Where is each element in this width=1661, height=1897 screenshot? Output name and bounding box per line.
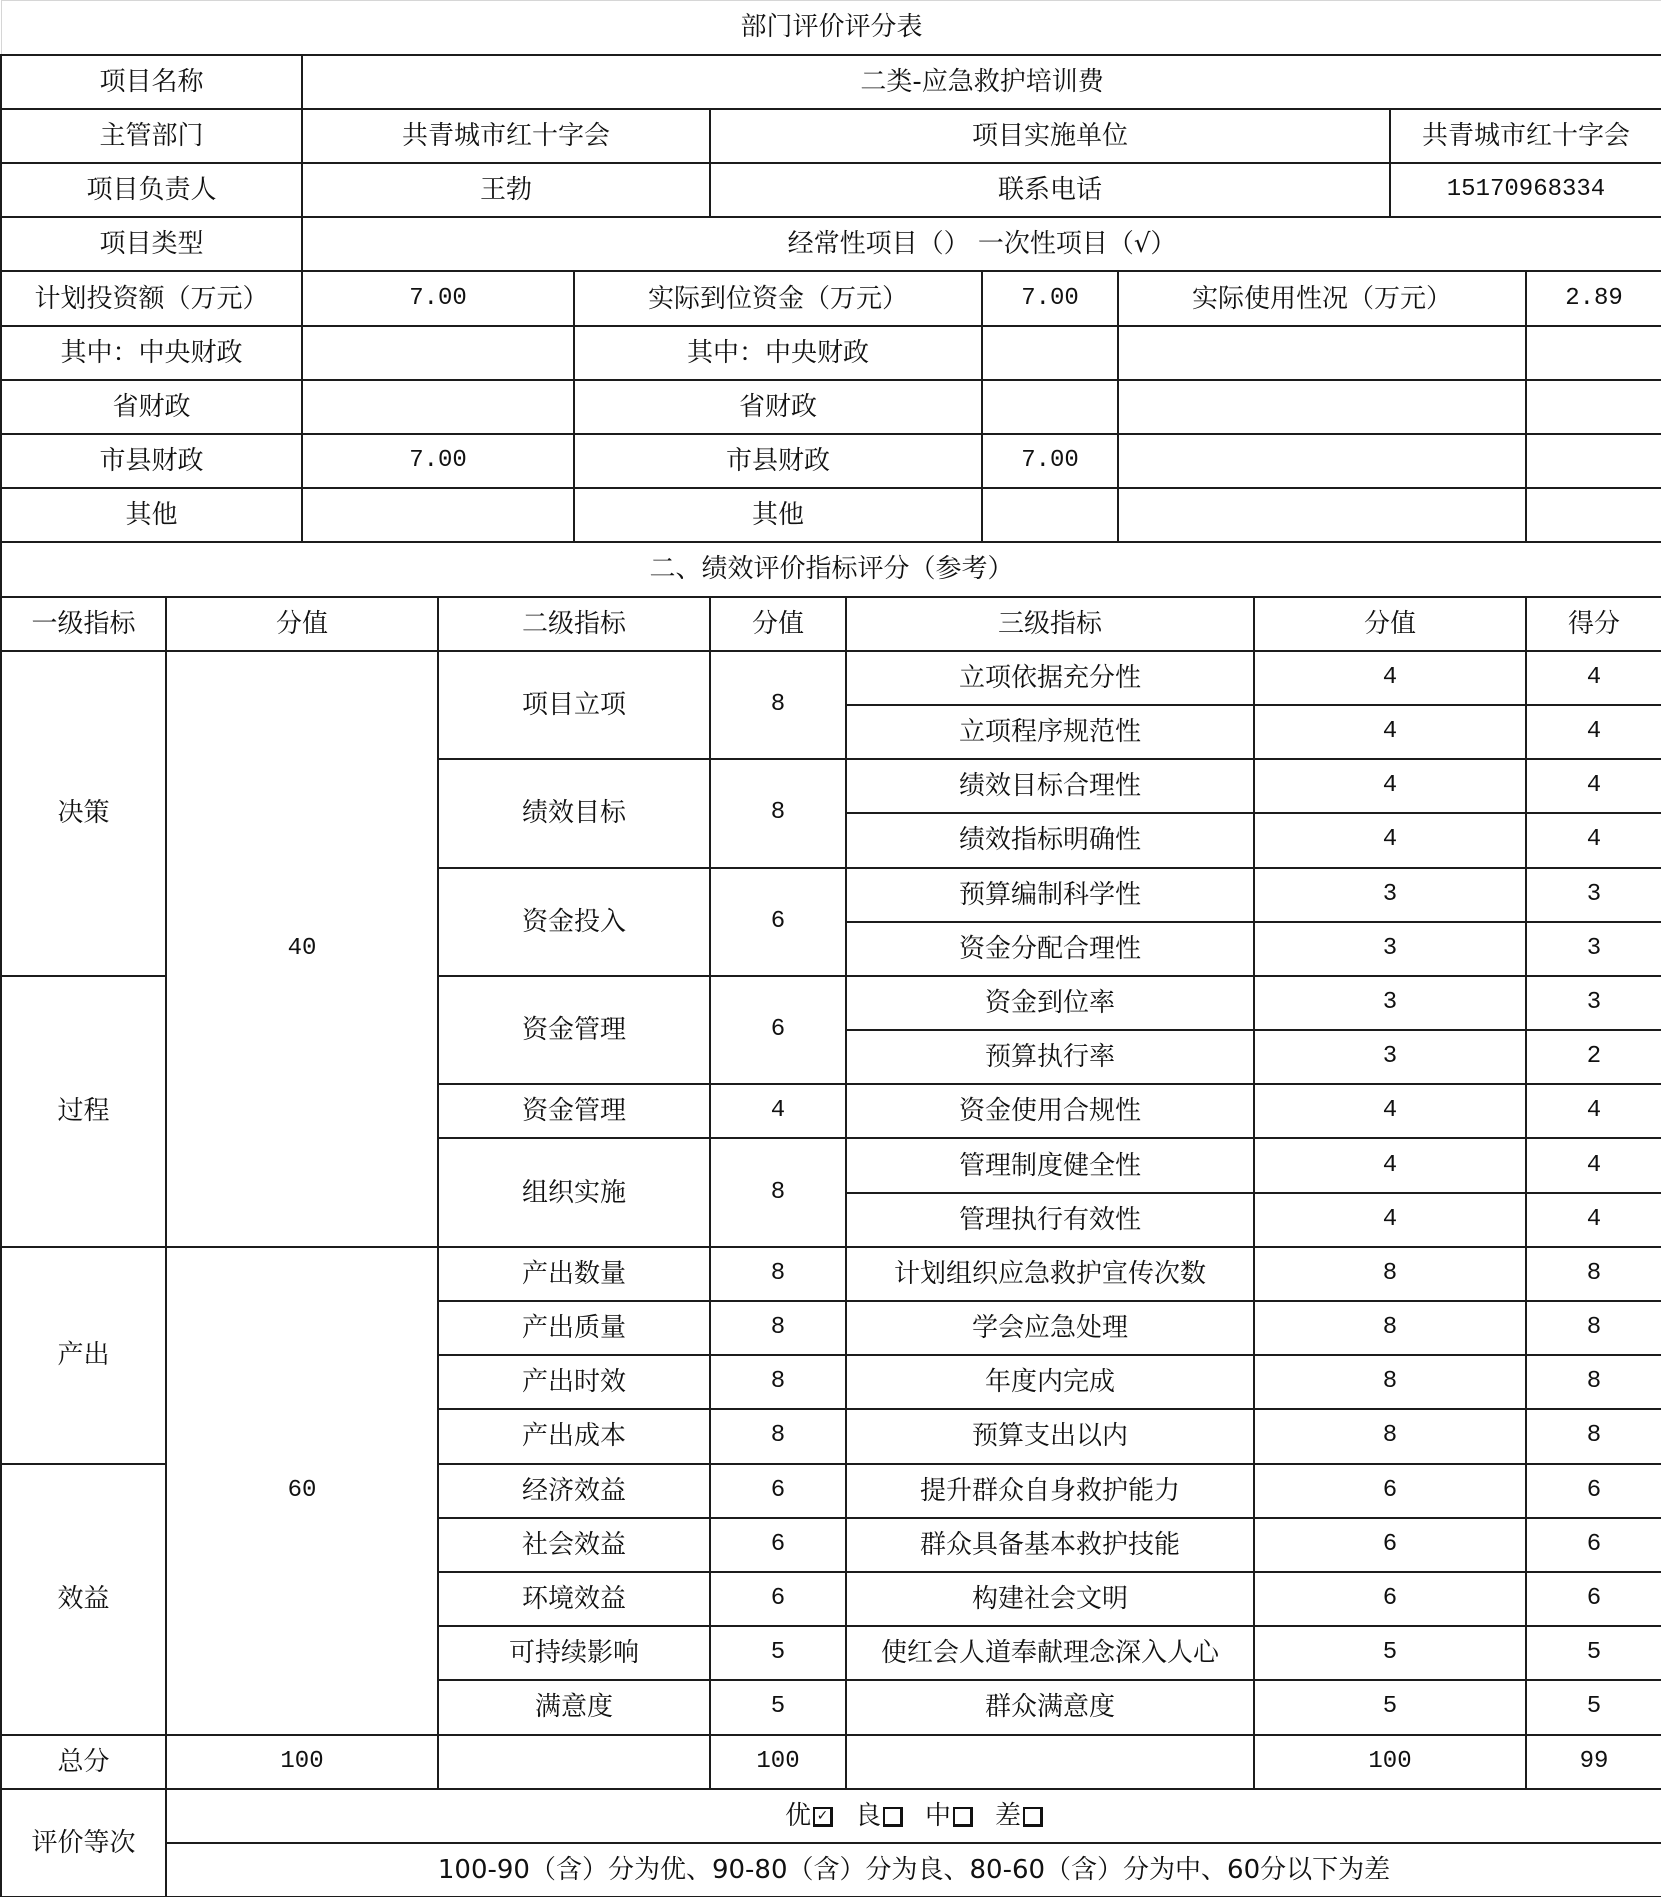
level2-score: 8 [710, 1247, 846, 1301]
level3-indicator: 预算支出以内 [846, 1409, 1254, 1463]
used-source-value [1526, 380, 1661, 434]
level3-indicator: 学会应急处理 [846, 1301, 1254, 1355]
project-name-row: 项目名称 二类-应急救护培训费 [1, 55, 1661, 109]
got-score: 3 [1526, 976, 1661, 1030]
got-score: 8 [1526, 1247, 1661, 1301]
checkbox-empty-icon [953, 1807, 973, 1827]
received-source-label: 其中：中央财政 [574, 326, 982, 380]
got-score: 4 [1526, 1138, 1661, 1192]
department-label: 主管部门 [1, 109, 302, 163]
got-score: 4 [1526, 1084, 1661, 1138]
level3-score: 4 [1254, 1193, 1526, 1247]
grade-rule: 100-90（含）分为优、90-80（含）分为良、80-60（含）分为中、60分… [166, 1843, 1661, 1897]
level2-score: 6 [710, 976, 846, 1084]
level3-indicator: 预算编制科学性 [846, 868, 1254, 922]
level2-indicator: 满意度 [438, 1680, 710, 1734]
received-source-label: 其他 [574, 488, 982, 542]
indicator-row: 产出 60 产出数量 8 计划组织应急救护宣传次数 8 8 [1, 1247, 1661, 1301]
checkbox-checked-icon: ✓ [813, 1807, 833, 1827]
level3-score: 6 [1254, 1464, 1526, 1518]
level2-score: 6 [710, 868, 846, 976]
level3-indicator: 绩效指标明确性 [846, 813, 1254, 867]
funding-breakdown-row: 其中：中央财政 其中：中央财政 [1, 326, 1661, 380]
used-source-value [1526, 488, 1661, 542]
total-level3-name [846, 1735, 1254, 1789]
level1-indicator: 过程 [1, 976, 166, 1247]
level2-indicator: 资金管理 [438, 1084, 710, 1138]
planned-investment-value: 7.00 [302, 271, 574, 325]
project-type-label: 项目类型 [1, 217, 302, 271]
level2-indicator: 项目立项 [438, 651, 710, 759]
got-score: 5 [1526, 1680, 1661, 1734]
header-level3-score: 分值 [1254, 597, 1526, 651]
got-score: 8 [1526, 1301, 1661, 1355]
header-level1-score: 分值 [166, 597, 438, 651]
level3-indicator: 构建社会文明 [846, 1572, 1254, 1626]
planned-source-value [302, 488, 574, 542]
used-source-label [1118, 380, 1526, 434]
used-source-value [1526, 326, 1661, 380]
implementing-unit-label: 项目实施单位 [710, 109, 1390, 163]
funding-breakdown-row: 其他 其他 [1, 488, 1661, 542]
level2-indicator: 环境效益 [438, 1572, 710, 1626]
level3-score: 4 [1254, 813, 1526, 867]
grade-rule-row: 100-90（含）分为优、90-80（含）分为良、80-60（含）分为中、60分… [1, 1843, 1661, 1897]
level2-score: 8 [710, 651, 846, 759]
level1-indicator: 产出 [1, 1247, 166, 1464]
funding-source-label: 省财政 [1, 380, 302, 434]
level3-score: 8 [1254, 1355, 1526, 1409]
level2-score: 5 [710, 1626, 846, 1680]
grade-options-cell: 优 ✓ 良 中 差 [166, 1789, 1661, 1843]
level2-indicator: 可持续影响 [438, 1626, 710, 1680]
level2-indicator: 资金投入 [438, 868, 710, 976]
level2-score: 8 [710, 1409, 846, 1463]
level3-indicator: 群众满意度 [846, 1680, 1254, 1734]
level3-indicator: 资金到位率 [846, 976, 1254, 1030]
department-value: 共青城市红十字会 [302, 109, 710, 163]
header-got: 得分 [1526, 597, 1661, 651]
total-level3-score: 100 [1254, 1735, 1526, 1789]
planned-source-value: 7.00 [302, 434, 574, 488]
used-funds-label: 实际使用性况（万元） [1118, 271, 1526, 325]
grade-option-label: 优 [785, 1803, 811, 1829]
received-source-value: 7.00 [982, 434, 1118, 488]
title-row: 部门评价评分表 [1, 1, 1661, 55]
owner-value: 王勃 [302, 163, 710, 217]
level3-indicator: 立项程序规范性 [846, 705, 1254, 759]
level3-score: 8 [1254, 1301, 1526, 1355]
level3-indicator: 提升群众自身救护能力 [846, 1464, 1254, 1518]
received-source-label: 省财政 [574, 380, 982, 434]
level3-score: 8 [1254, 1409, 1526, 1463]
got-score: 8 [1526, 1355, 1661, 1409]
level2-score: 6 [710, 1518, 846, 1572]
used-source-value [1526, 434, 1661, 488]
level3-score: 4 [1254, 705, 1526, 759]
checkbox-empty-icon [883, 1807, 903, 1827]
got-score: 4 [1526, 813, 1661, 867]
level3-score: 3 [1254, 1030, 1526, 1084]
level2-score: 8 [710, 1138, 846, 1246]
level3-indicator: 年度内完成 [846, 1355, 1254, 1409]
got-score: 4 [1526, 705, 1661, 759]
evaluation-score-table: 部门评价评分表 项目名称 二类-应急救护培训费 主管部门 共青城市红十字会 项目… [0, 0, 1661, 1897]
funding-source-label: 其他 [1, 488, 302, 542]
received-source-value [982, 488, 1118, 542]
got-score: 5 [1526, 1626, 1661, 1680]
indicator-header-row: 一级指标 分值 二级指标 分值 三级指标 分值 得分 [1, 597, 1661, 651]
grade-options: 优 ✓ 良 中 差 [785, 1803, 1043, 1829]
project-type-value: 经常性项目（） 一次性项目（√） [302, 217, 1661, 271]
level3-indicator: 立项依据充分性 [846, 651, 1254, 705]
header-level2: 二级指标 [438, 597, 710, 651]
header-level2-score: 分值 [710, 597, 846, 651]
level2-score: 8 [710, 759, 846, 867]
level3-indicator: 管理执行有效性 [846, 1193, 1254, 1247]
grade-option-label: 中 [925, 1803, 951, 1829]
level2-indicator: 产出成本 [438, 1409, 710, 1463]
department-row: 主管部门 共青城市红十字会 项目实施单位 共青城市红十字会 [1, 109, 1661, 163]
level2-indicator: 绩效目标 [438, 759, 710, 867]
grade-option-label: 差 [995, 1803, 1021, 1829]
level2-indicator: 组织实施 [438, 1138, 710, 1246]
header-level1: 一级指标 [1, 597, 166, 651]
header-level3: 三级指标 [846, 597, 1254, 651]
level3-score: 3 [1254, 868, 1526, 922]
got-score: 8 [1526, 1409, 1661, 1463]
got-score: 4 [1526, 1193, 1661, 1247]
received-source-value [982, 326, 1118, 380]
indicator-row: 决策 40 项目立项 8 立项依据充分性 4 4 [1, 651, 1661, 705]
got-score: 6 [1526, 1572, 1661, 1626]
received-funds-label: 实际到位资金（万元） [574, 271, 982, 325]
level1-score: 40 [166, 651, 438, 1247]
level3-indicator: 计划组织应急救护宣传次数 [846, 1247, 1254, 1301]
total-level1-score: 100 [166, 1735, 438, 1789]
got-score: 4 [1526, 759, 1661, 813]
level2-score: 8 [710, 1355, 846, 1409]
used-source-label [1118, 488, 1526, 542]
level3-score: 6 [1254, 1518, 1526, 1572]
total-row: 总分 100 100 100 99 [1, 1735, 1661, 1789]
level3-indicator: 预算执行率 [846, 1030, 1254, 1084]
level2-score: 5 [710, 1680, 846, 1734]
owner-row: 项目负责人 王勃 联系电话 15170968334 [1, 163, 1661, 217]
used-source-label [1118, 434, 1526, 488]
grade-option-medium: 中 [925, 1803, 973, 1829]
level2-indicator: 产出质量 [438, 1301, 710, 1355]
funding-breakdown-row: 省财政 省财政 [1, 380, 1661, 434]
section2-title: 二、绩效评价指标评分（参考） [1, 542, 1661, 596]
phone-value: 15170968334 [1390, 163, 1661, 217]
total-got-score: 99 [1526, 1735, 1661, 1789]
got-score: 6 [1526, 1464, 1661, 1518]
level3-indicator: 群众具备基本救护技能 [846, 1518, 1254, 1572]
level3-score: 4 [1254, 651, 1526, 705]
level3-score: 4 [1254, 1084, 1526, 1138]
funding-breakdown-row: 市县财政 7.00 市县财政 7.00 [1, 434, 1661, 488]
level3-score: 3 [1254, 922, 1526, 976]
got-score: 2 [1526, 1030, 1661, 1084]
owner-label: 项目负责人 [1, 163, 302, 217]
level3-score: 4 [1254, 759, 1526, 813]
level2-score: 4 [710, 1084, 846, 1138]
total-label: 总分 [1, 1735, 166, 1789]
level3-score: 6 [1254, 1572, 1526, 1626]
implementing-unit-value: 共青城市红十字会 [1390, 109, 1661, 163]
project-type-row: 项目类型 经常性项目（） 一次性项目（√） [1, 217, 1661, 271]
got-score: 3 [1526, 922, 1661, 976]
funding-source-label: 其中：中央财政 [1, 326, 302, 380]
planned-source-value [302, 380, 574, 434]
received-funds-value: 7.00 [982, 271, 1118, 325]
grade-option-poor: 差 [995, 1803, 1043, 1829]
level3-score: 5 [1254, 1680, 1526, 1734]
level2-score: 6 [710, 1464, 846, 1518]
phone-label: 联系电话 [710, 163, 1390, 217]
project-name-label: 项目名称 [1, 55, 302, 109]
level3-score: 3 [1254, 976, 1526, 1030]
grade-option-excellent: 优 ✓ [785, 1803, 833, 1829]
received-source-label: 市县财政 [574, 434, 982, 488]
grade-option-label: 良 [855, 1803, 881, 1829]
got-score: 4 [1526, 651, 1661, 705]
level2-indicator: 社会效益 [438, 1518, 710, 1572]
grade-label: 评价等次 [1, 1789, 166, 1897]
total-level2-score: 100 [710, 1735, 846, 1789]
used-funds-value: 2.89 [1526, 271, 1661, 325]
planned-source-value [302, 326, 574, 380]
level3-score: 5 [1254, 1626, 1526, 1680]
funding-source-label: 市县财政 [1, 434, 302, 488]
checkbox-empty-icon [1023, 1807, 1043, 1827]
level1-indicator: 决策 [1, 651, 166, 976]
grade-row: 评价等次 优 ✓ 良 中 差 [1, 1789, 1661, 1843]
level2-score: 8 [710, 1301, 846, 1355]
level3-indicator: 使红会人道奉献理念深入人心 [846, 1626, 1254, 1680]
level1-score: 60 [166, 1247, 438, 1735]
total-level2-name [438, 1735, 710, 1789]
level3-score: 8 [1254, 1247, 1526, 1301]
table-title: 部门评价评分表 [1, 1, 1661, 55]
level3-indicator: 管理制度健全性 [846, 1138, 1254, 1192]
section2-title-row: 二、绩效评价指标评分（参考） [1, 542, 1661, 596]
used-source-label [1118, 326, 1526, 380]
level3-score: 4 [1254, 1138, 1526, 1192]
level2-indicator: 资金管理 [438, 976, 710, 1084]
level3-indicator: 绩效目标合理性 [846, 759, 1254, 813]
planned-investment-label: 计划投资额（万元） [1, 271, 302, 325]
received-source-value [982, 380, 1118, 434]
got-score: 6 [1526, 1518, 1661, 1572]
level1-indicator: 效益 [1, 1464, 166, 1735]
project-name-value: 二类-应急救护培训费 [302, 55, 1661, 109]
level2-score: 6 [710, 1572, 846, 1626]
funding-row: 计划投资额（万元） 7.00 实际到位资金（万元） 7.00 实际使用性况（万元… [1, 271, 1661, 325]
level3-indicator: 资金使用合规性 [846, 1084, 1254, 1138]
level2-indicator: 产出数量 [438, 1247, 710, 1301]
grade-option-good: 良 [855, 1803, 903, 1829]
level3-indicator: 资金分配合理性 [846, 922, 1254, 976]
level2-indicator: 经济效益 [438, 1464, 710, 1518]
level2-indicator: 产出时效 [438, 1355, 710, 1409]
got-score: 3 [1526, 868, 1661, 922]
